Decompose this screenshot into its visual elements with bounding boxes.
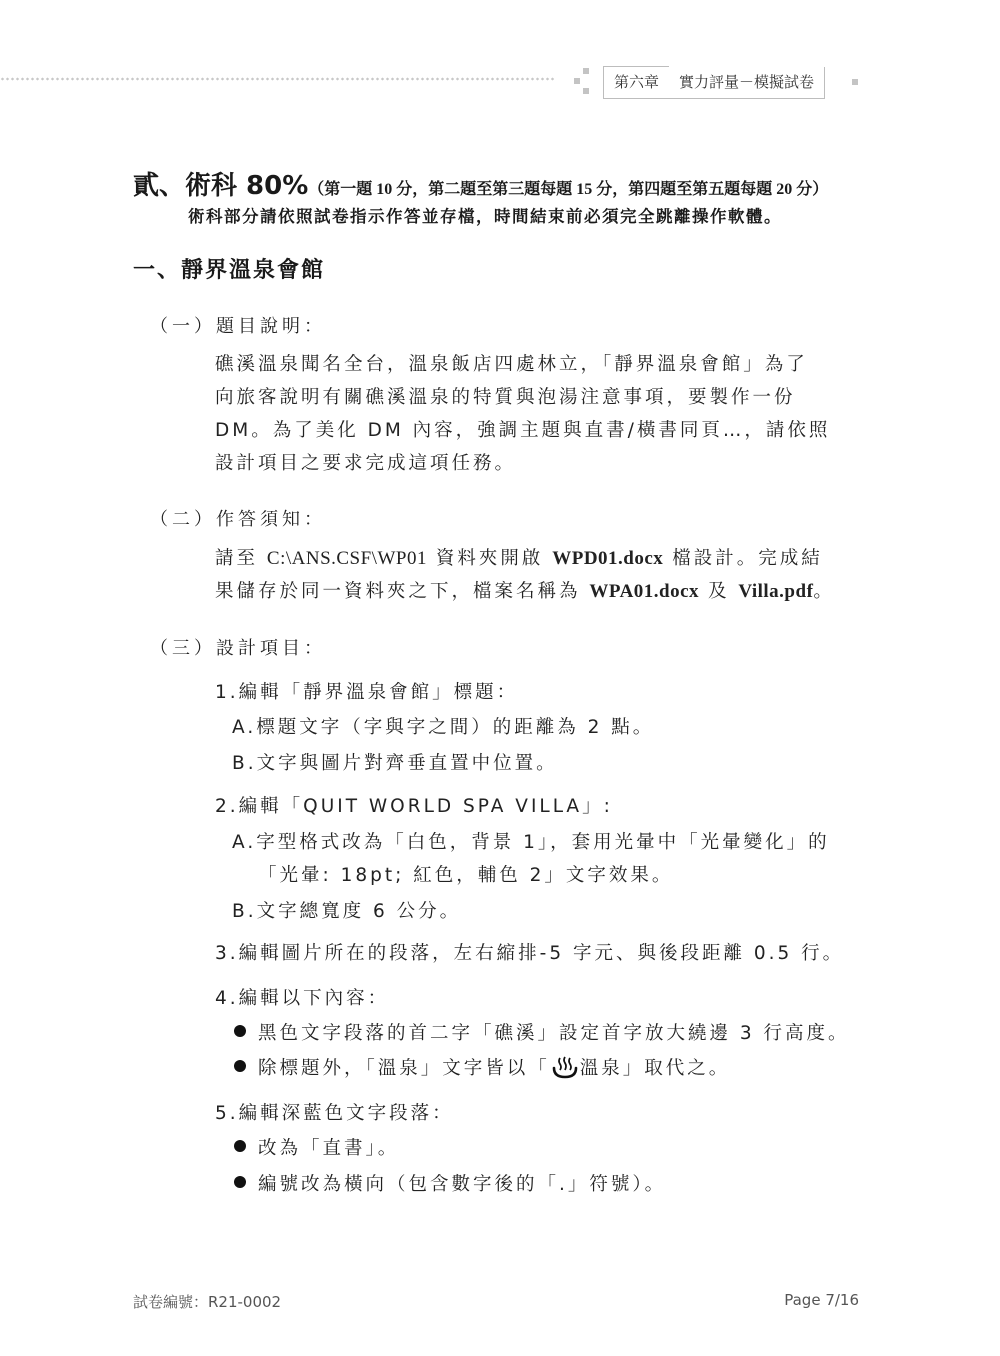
bullet-item: 黑色文字段落的首二字「礁溪」設定首字放大繞邊 3 行高度。 xyxy=(234,1019,850,1045)
header-deco-square xyxy=(852,79,858,85)
design-subitem: A.標題文字（字與字之間）的距離為 2 點。 xyxy=(232,713,654,739)
bullet-text: 改為「直書」。 xyxy=(258,1138,399,1159)
design-item-1: 1.編輯「靜界溫泉會館」標題： xyxy=(215,678,518,704)
part1-heading: （一）題目說明： xyxy=(150,312,326,338)
bullet-text: 溫泉」取代之。 xyxy=(580,1058,731,1079)
design-subitem: B.文字與圖片對齊垂直置中位置。 xyxy=(232,749,558,775)
design-item-5: 5.編輯深藍色文字段落： xyxy=(215,1099,454,1125)
footer-exam-id: 試卷編號：R21-0002 xyxy=(133,1291,281,1312)
bullet-item: 編號改為橫向（包含數字後的「.」符號）。 xyxy=(234,1170,666,1196)
description-line: 礁溪溫泉聞名全台，溫泉飯店四處林立，「靜界溫泉會館」為了 xyxy=(215,348,860,381)
design-subitem: B.文字總寬度 6 公分。 xyxy=(232,897,461,923)
hot-spring-icon xyxy=(550,1055,580,1079)
folder-path: C:\ANS.CSF\WP01 xyxy=(267,548,427,569)
section-main-title: 貳、術科 80% xyxy=(133,171,308,201)
text: 果儲存於同一資料夾之下，檔案名稱為 xyxy=(215,581,589,602)
bullet-dot xyxy=(234,1025,246,1037)
instruction-line: 請至 C:\ANS.CSF\WP01 資料夾開啟 WPD01.docx 檔設計。… xyxy=(215,542,860,575)
header-chapter-box: 第六章 實力評量－模擬試卷 xyxy=(603,66,825,99)
design-item-4: 4.編輯以下內容： xyxy=(215,984,389,1010)
description-line: 設計項目之要求完成這項任務。 xyxy=(215,447,860,480)
design-item-3: 3.編輯圖片所在的段落，左右縮排-5 字元、與後段距離 0.5 行。 xyxy=(215,939,844,965)
bullet-dot xyxy=(234,1140,246,1152)
bullet-text: 黑色文字段落的首二字「礁溪」設定首字放大繞邊 3 行高度。 xyxy=(258,1023,850,1044)
bullet-text: 編號改為橫向（包含數字後的「.」符號）。 xyxy=(258,1174,666,1195)
header-deco-square xyxy=(583,88,589,94)
text: 資料夾開啟 xyxy=(427,548,552,569)
section-title: 貳、術科 80%（第一題 10 分，第二題至第三題每題 15 分，第四題至第五題… xyxy=(133,165,828,202)
question-title: 一、靜界溫泉會館 xyxy=(133,253,325,284)
output-file-pdf: Villa.pdf xyxy=(738,581,813,602)
bullet-item: 除標題外，「溫泉」文字皆以「溫泉」取代之。 xyxy=(234,1054,730,1080)
part2-heading: （二）作答須知： xyxy=(150,505,326,531)
section-instruction: 術科部分請依照試卷指示作答並存檔，時間結束前必須完全跳離操作軟體。 xyxy=(188,203,782,227)
bullet-dot xyxy=(234,1060,246,1072)
design-item-2: 2.編輯「QUIT WORLD SPA VILLA」: xyxy=(215,792,613,818)
description-line: DM。為了美化 DM 內容，強調主題與直書/橫書同頁…，請依照 xyxy=(215,414,860,447)
header-chapter: 第六章 xyxy=(604,66,669,98)
source-file: WPD01.docx xyxy=(552,548,663,569)
output-file-docx: WPA01.docx xyxy=(589,581,699,602)
part3-heading: （三）設計項目： xyxy=(150,634,326,660)
text: 及 xyxy=(699,581,738,602)
bullet-dot xyxy=(234,1176,246,1188)
bullet-item: 改為「直書」。 xyxy=(234,1134,399,1160)
footer-page-number: Page 7/16 xyxy=(784,1291,859,1309)
text: 。 xyxy=(813,581,835,602)
section-score-note: （第一題 10 分，第二題至第三題每題 15 分，第四題至第五題每題 20 分） xyxy=(308,181,828,198)
text: 檔設計。完成結 xyxy=(663,548,822,569)
header-dotted-rule xyxy=(0,77,556,81)
description-line: 向旅客說明有關礁溪溫泉的特質與泡湯注意事項，要製作一份 xyxy=(215,381,860,414)
header-deco-square xyxy=(583,68,589,74)
part1-description: 礁溪溫泉聞名全台，溫泉飯店四處林立，「靜界溫泉會館」為了 向旅客說明有關礁溪溫泉… xyxy=(215,348,860,480)
design-subitem: A.字型格式改為「白色，背景 1」，套用光暈中「光暈變化」的 xyxy=(232,828,830,854)
header-deco-square xyxy=(574,78,580,84)
bullet-text: 除標題外，「溫泉」文字皆以「 xyxy=(258,1058,550,1079)
text: 請至 xyxy=(215,548,267,569)
instruction-line: 果儲存於同一資料夾之下，檔案名稱為 WPA01.docx 及 Villa.pdf… xyxy=(215,575,860,608)
header-title: 實力評量－模擬試卷 xyxy=(669,67,825,98)
design-subitem-cont: 「光暈: 18pt; 紅色，輔色 2」文字效果。 xyxy=(258,861,673,887)
part2-instructions: 請至 C:\ANS.CSF\WP01 資料夾開啟 WPD01.docx 檔設計。… xyxy=(215,542,860,608)
